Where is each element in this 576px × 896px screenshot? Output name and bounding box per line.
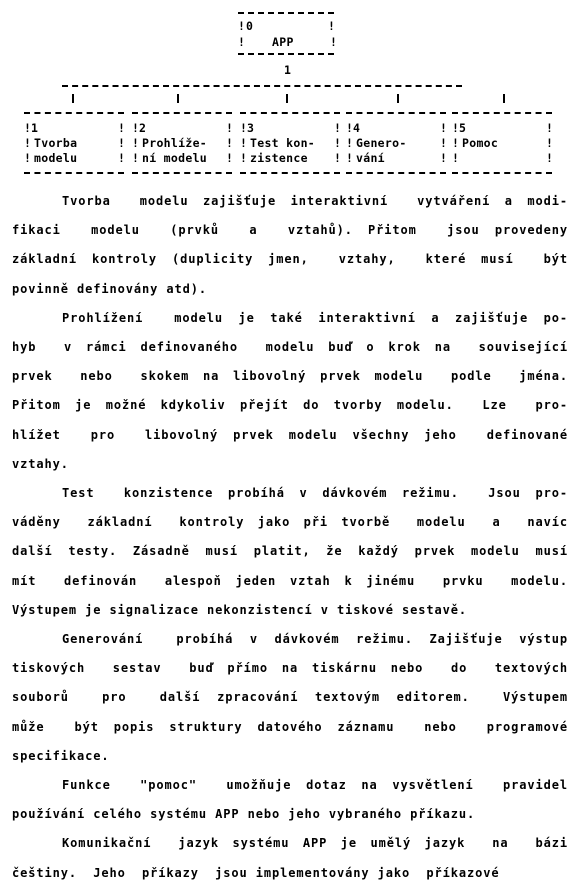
- module-box-left-border: !: [240, 136, 247, 150]
- module-box-left-border: !: [452, 151, 459, 165]
- root-connector-label: 1: [284, 63, 291, 77]
- module-box-right-border: !: [226, 151, 233, 165]
- module-box-bottom-border: [240, 172, 340, 174]
- module-number: 5: [459, 121, 466, 135]
- connector-4: [397, 94, 399, 103]
- module-box-left-border: !: [346, 151, 353, 165]
- module-box-bottom-border: [132, 172, 232, 174]
- text-line: specifikace.: [12, 749, 568, 763]
- text-line: Výstupem je signalizace nekonzistencí v …: [12, 603, 568, 617]
- text-line: fikaci modelu (prvků a vztahů). Přitom j…: [12, 223, 568, 237]
- text-line: mít definován alespoň jeden vztah k jiné…: [12, 574, 568, 588]
- text-line: souborů pro další zpracování textovým ed…: [12, 690, 568, 704]
- module-label-line2: vání: [356, 151, 385, 165]
- text-line: další testy. Zásadně musí platit, že kaž…: [12, 544, 568, 558]
- connector-2: [177, 94, 179, 103]
- text-line: Přitom je možné kdykoliv přejít do tvorb…: [12, 398, 568, 412]
- text-line: Funkce "pomoc" umožňuje dotaz na vysvětl…: [62, 778, 568, 792]
- text-line: Komunikační jazyk systému APP je umělý j…: [62, 836, 568, 850]
- module-box-top-border: [240, 112, 340, 114]
- root-box-left-border: !: [238, 19, 245, 33]
- module-box-right-border: !: [334, 121, 341, 135]
- module-box-left-border: !: [240, 151, 247, 165]
- module-box-left-border: !: [132, 151, 139, 165]
- text-line: vztahy.: [12, 457, 568, 471]
- module-number: 2: [139, 121, 146, 135]
- text-line: základní kontroly (duplicity jmen, vztah…: [12, 252, 568, 266]
- module-box-bottom-border: [452, 172, 552, 174]
- text-line: tiskových sestav buď přímo na tiskárnu n…: [12, 661, 568, 675]
- module-label-line1: Prohlíže-: [142, 136, 207, 150]
- module-box-right-border: !: [226, 121, 233, 135]
- module-label-line1: Genero-: [356, 136, 407, 150]
- module-box-right-border: !: [546, 136, 553, 150]
- diagram-bus-line: [62, 85, 462, 87]
- module-box-right-border: !: [546, 151, 553, 165]
- root-box-number: 0: [246, 19, 253, 33]
- module-label-line1: Pomoc: [462, 136, 498, 150]
- root-box-left-border: !: [238, 35, 245, 49]
- module-label-line2: ní modelu: [142, 151, 207, 165]
- module-box-right-border: !: [440, 136, 447, 150]
- module-box-right-border: !: [440, 151, 447, 165]
- root-box-bottom-border: [238, 53, 334, 55]
- text-line: povinně definovány atd).: [12, 282, 568, 296]
- connector-5: [503, 94, 505, 103]
- root-box-right-border: !: [330, 35, 337, 49]
- module-box-bottom-border: [346, 172, 446, 174]
- root-box-right-border: !: [328, 19, 335, 33]
- root-box-label: APP: [272, 35, 294, 49]
- module-box-top-border: [24, 112, 124, 114]
- module-label-line1: Test kon-: [250, 136, 315, 150]
- module-box-right-border: !: [334, 151, 341, 165]
- module-label-line2: modelu: [34, 151, 77, 165]
- module-box-top-border: [452, 112, 552, 114]
- module-box-right-border: !: [546, 121, 553, 135]
- module-box-right-border: !: [118, 136, 125, 150]
- module-box-left-border: !: [346, 136, 353, 150]
- root-box-top-border: [238, 12, 334, 14]
- module-label-line1: Tvorba: [34, 136, 77, 150]
- module-box-left-border: !: [24, 151, 31, 165]
- text-line: Tvorba modelu zajišťuje interaktivní vyt…: [62, 194, 568, 208]
- module-box-left-border: !: [132, 136, 139, 150]
- module-box-right-border: !: [226, 136, 233, 150]
- text-line: Test konzistence probíhá v dávkovém reži…: [62, 486, 568, 500]
- text-line: prvek nebo skokem na libovolný prvek mod…: [12, 369, 568, 383]
- text-line: Prohlížení modelu je také interaktivní a…: [62, 311, 568, 325]
- connector-3: [286, 94, 288, 103]
- text-line: Generování probíhá v dávkovém režimu. Za…: [62, 632, 568, 646]
- module-box-left-border: !: [452, 136, 459, 150]
- module-number: 4: [353, 121, 360, 135]
- module-box-right-border: !: [118, 151, 125, 165]
- connector-1: [72, 94, 74, 103]
- text-line: češtiny. Jeho příkazy jsou implementován…: [12, 866, 568, 880]
- module-box-top-border: [346, 112, 446, 114]
- module-number: 1: [31, 121, 38, 135]
- module-number: 3: [247, 121, 254, 135]
- text-line: váděny základní kontroly jako při tvorbě…: [12, 515, 568, 529]
- module-box-right-border: !: [118, 121, 125, 135]
- text-line: hyb v rámci definovaného modelu buď o kr…: [12, 340, 568, 354]
- module-box-right-border: !: [440, 121, 447, 135]
- text-line: může být popis struktury datového záznam…: [12, 720, 568, 734]
- module-box-left-border: !: [24, 136, 31, 150]
- text-line: používání celého systému APP nebo jeho v…: [12, 807, 568, 821]
- module-box-top-border: [132, 112, 232, 114]
- module-box-bottom-border: [24, 172, 124, 174]
- text-line: hlížet pro libovolný prvek modelu všechn…: [12, 428, 568, 442]
- module-label-line2: zistence: [250, 151, 308, 165]
- module-box-right-border: !: [334, 136, 341, 150]
